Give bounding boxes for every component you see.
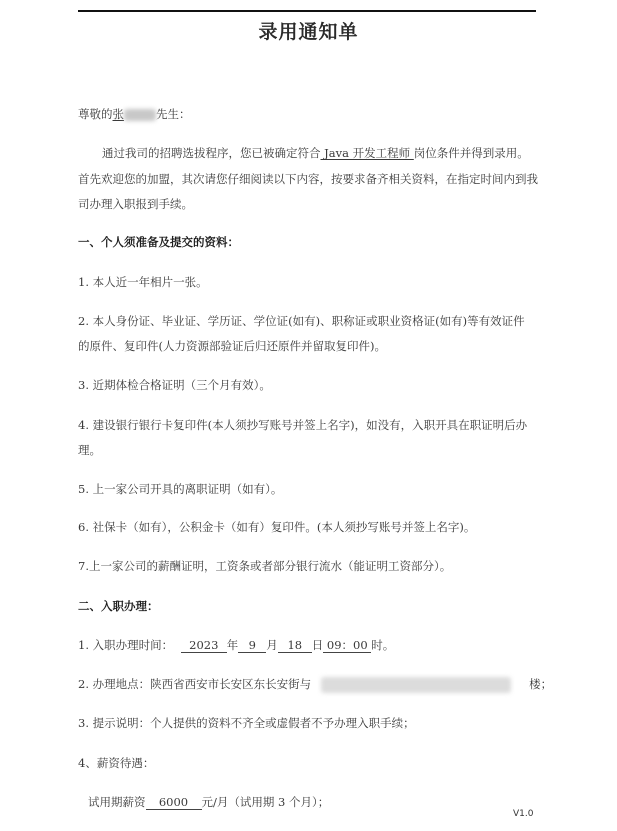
list-item-1: 1. 本人近一年相片一张。 bbox=[78, 275, 208, 289]
list-item-4-line-1: 4. 建设银行银行卡复印件(本人须抄写账号并签上名字)，如没有，入职开具在职证明… bbox=[78, 418, 527, 432]
list-item-4-line-2: 理。 bbox=[78, 443, 101, 457]
list-item-6: 6. 社保卡（如有），公积金卡（如有）复印件。(本人须抄写账号并签上名字)。 bbox=[78, 520, 475, 534]
section1-heading: 一、个人须准备及提交的资料： bbox=[78, 235, 239, 249]
salary-line: 试用期薪资6000元/月（试用期 3 个月）； bbox=[88, 795, 329, 810]
list-item-5: 5. 上一家公司开具的离职证明（如有）。 bbox=[78, 482, 282, 496]
onboarding-clock: 09：00 bbox=[323, 639, 371, 653]
onboarding-year: 2023 bbox=[181, 639, 227, 653]
probation-salary: 6000 bbox=[146, 796, 202, 810]
greeting-prefix: 尊敬的 bbox=[78, 107, 113, 121]
list-item-3: 3. 近期体检合格证明（三个月有效）。 bbox=[78, 378, 271, 392]
job-position: Java 开发工程师 bbox=[321, 146, 414, 160]
list-item-7: 7.上一家公司的薪酬证明，工资条或者部分银行流水（能证明工资部分）。 bbox=[78, 559, 451, 573]
salary-heading: 4、薪资待遇： bbox=[78, 756, 154, 770]
document-title: 录用通知单 bbox=[0, 17, 617, 44]
list-item-2-line-1: 2. 本人身份证、毕业证、学历证、学位证(如有)、职称证或职业资格证(如有)等有… bbox=[78, 314, 525, 328]
section2-heading: 二、入职办理： bbox=[78, 599, 159, 613]
onboarding-month: 9 bbox=[238, 639, 266, 653]
onboarding-day: 18 bbox=[278, 639, 312, 653]
version-label: V1.0 bbox=[513, 809, 533, 819]
recipient-name: 张 bbox=[113, 107, 157, 121]
header-rule bbox=[78, 10, 536, 12]
greeting-suffix: 先生： bbox=[156, 107, 191, 121]
intro-line-1: 通过我司的招聘选拔程序，您已被确定符合 Java 开发工程师 岗位条件并得到录用… bbox=[102, 146, 529, 160]
intro-line-3: 司办理入职报到手续。 bbox=[78, 197, 193, 211]
intro-line-2: 首先欢迎您的加盟，其次请您仔细阅读以下内容，按要求备齐相关资料，在指定时间内到我 bbox=[78, 172, 538, 186]
redacted-address bbox=[321, 677, 511, 693]
greeting-line: 尊敬的张先生： bbox=[78, 107, 191, 121]
onboarding-location: 2. 办理地点：陕西省西安市长安区东长安街与楼； bbox=[78, 677, 552, 693]
redacted-name bbox=[124, 109, 156, 121]
onboarding-time: 1. 入职办理时间： 2023年9月18日09：00时。 bbox=[78, 638, 394, 653]
onboarding-notice: 3. 提示说明：个人提供的资料不齐全或虚假者不予办理入职手续； bbox=[78, 716, 415, 730]
list-item-2-line-2: 的原件、复印件(人力资源部验证后归还原件并留取复印件)。 bbox=[78, 339, 386, 353]
